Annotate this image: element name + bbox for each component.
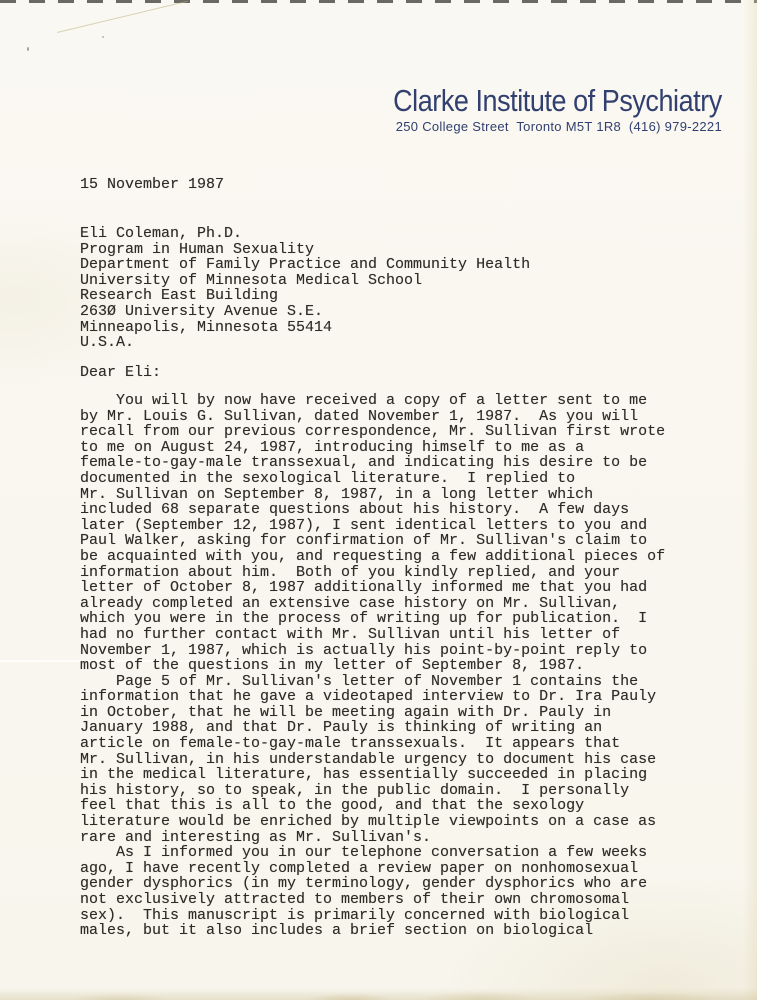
scanned-letter-page: Clarke Institute of Psychiatry 250 Colle… [0, 0, 757, 1000]
institution-address: 250 College Street Toronto M5T 1R8 (416)… [344, 119, 722, 134]
scan-bottom-edge-artifact [0, 988, 757, 1000]
paper-speck [27, 47, 29, 51]
letterhead: Clarke Institute of Psychiatry 250 Colle… [344, 84, 722, 134]
letter-date: 15 November 1987 [80, 177, 224, 193]
scan-right-edge-shading [743, 0, 757, 1000]
salutation: Dear Eli: [80, 365, 161, 381]
recipient-address-block: Eli Coleman, Ph.D. Program in Human Sexu… [80, 226, 530, 351]
letter-body: You will by now have received a copy of … [80, 393, 665, 939]
paper-speck [102, 36, 104, 38]
scan-hairline-artifact [57, 1, 188, 33]
scan-top-edge-artifact [0, 0, 757, 3]
institution-name: Clarke Institute of Psychiatry [393, 84, 722, 118]
